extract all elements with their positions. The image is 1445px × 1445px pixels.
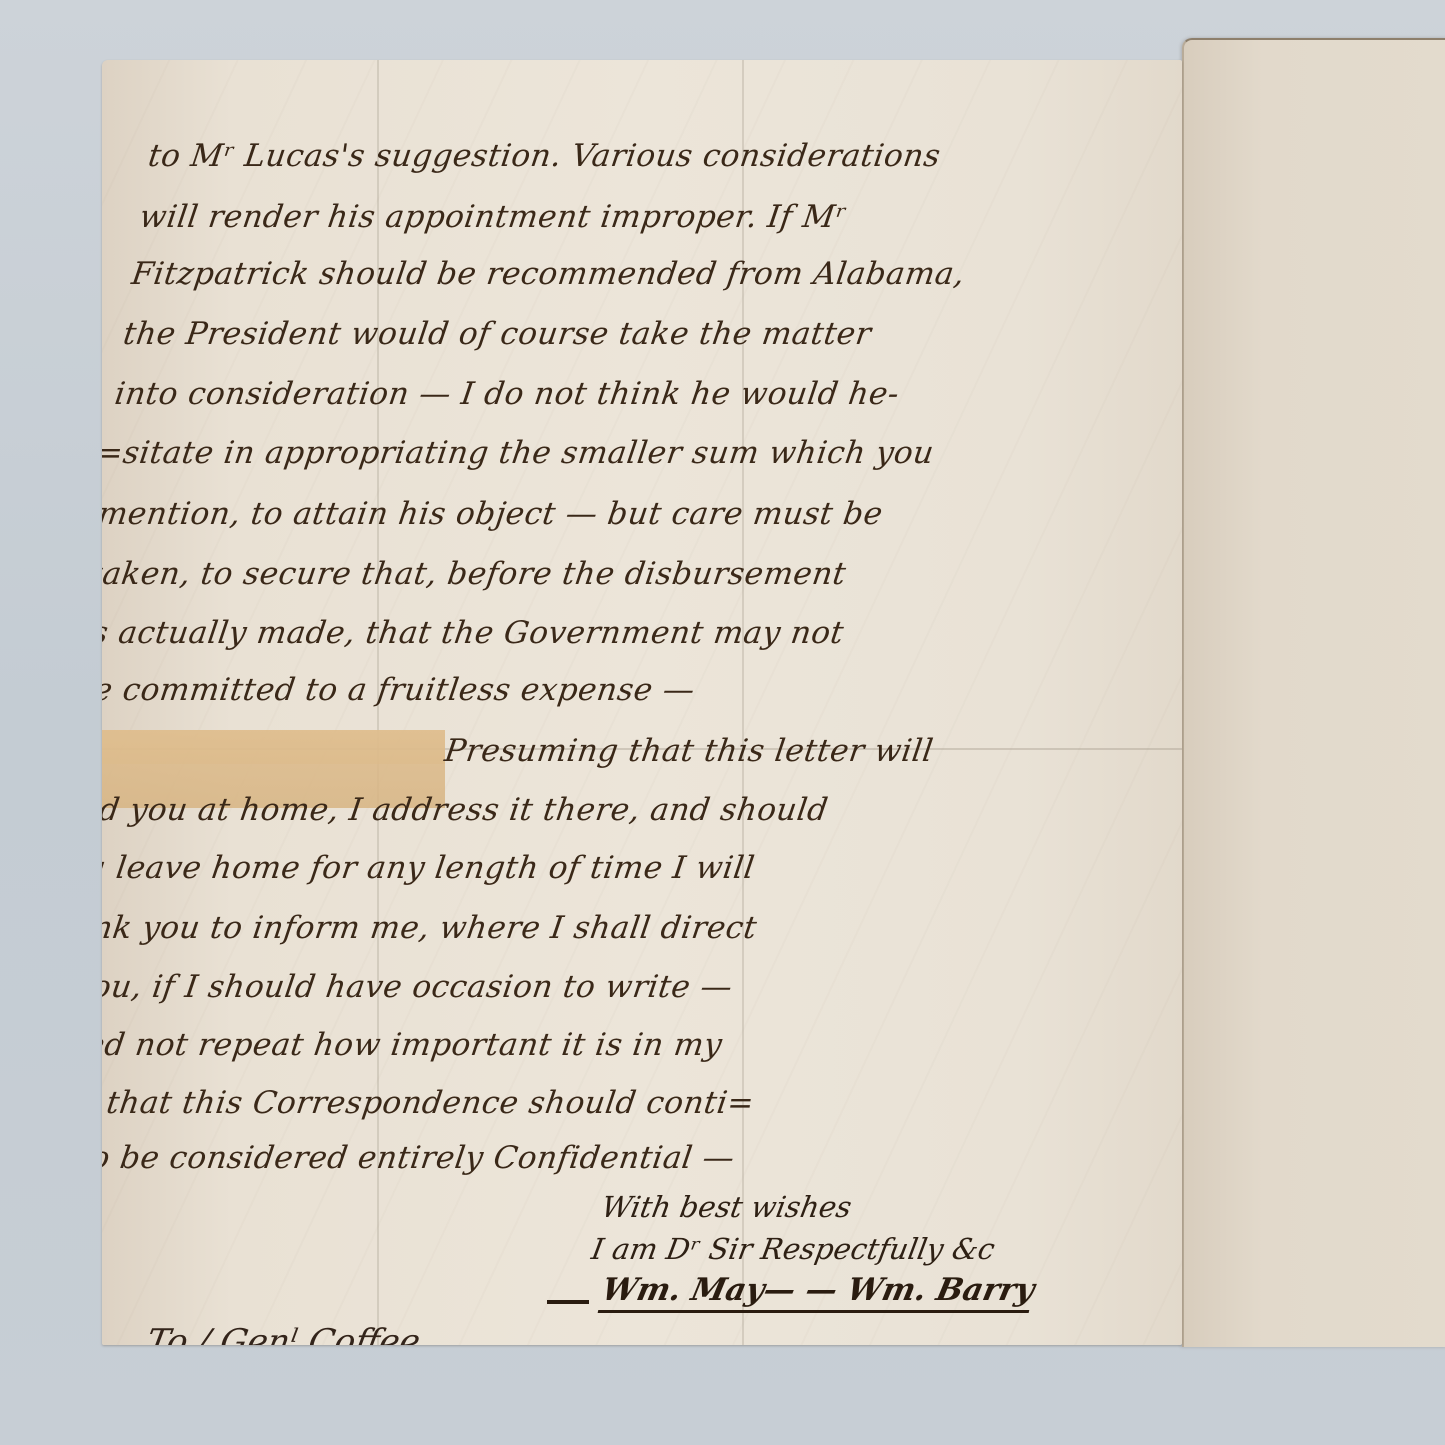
letter-page: to Mʳ Lucas's suggestion. Various consid… <box>102 60 1182 1345</box>
letter-line: thank you to inform me, where I shall di… <box>102 910 759 946</box>
letter-line: you leave home for any length of time I … <box>102 850 757 886</box>
signature: Wm. May— — Wm. Barry <box>598 1272 1038 1313</box>
letter-line: taken, to secure that, before the disbur… <box>102 556 848 592</box>
letter-line: Presuming that this letter will <box>442 733 935 769</box>
letter-line: to you, if I should have occasion to wri… <box>102 969 735 1005</box>
letter-line: be committed to a fruitless expense — <box>102 672 697 708</box>
closing-wishes: With best wishes <box>599 1190 854 1224</box>
letter-line: nue to be considered entirely Confidenti… <box>102 1140 737 1176</box>
letter-line: view, that this Correspondence should co… <box>102 1085 757 1121</box>
addressee: To / Genˡ Coffee, <box>143 1322 434 1345</box>
letter-line: =sitate in appropriating the smaller sum… <box>102 435 936 471</box>
fold-crease-vertical-center <box>742 60 744 1345</box>
letter-line: the President would of course take the m… <box>121 316 874 352</box>
letter-line: I need not repeat how important it is in… <box>102 1027 725 1063</box>
closing-respectfully: I am Dʳ Sir Respectfully &c <box>589 1232 998 1266</box>
letter-line: will render his appointment improper. If… <box>137 199 849 235</box>
letter-line: find you at home, I address it there, an… <box>102 792 830 828</box>
letter-line: Fitzpatrick should be recommended from A… <box>129 256 967 292</box>
letter-line: mention, to attain his object — but care… <box>102 496 885 532</box>
letter-line: is actually made, that the Government ma… <box>102 615 846 651</box>
letter-line: into consideration — I do not think he w… <box>113 376 902 412</box>
letter-line: to Mʳ Lucas's suggestion. Various consid… <box>146 138 943 174</box>
signature-flourish <box>547 1300 589 1304</box>
blank-facing-page <box>1182 38 1445 1347</box>
